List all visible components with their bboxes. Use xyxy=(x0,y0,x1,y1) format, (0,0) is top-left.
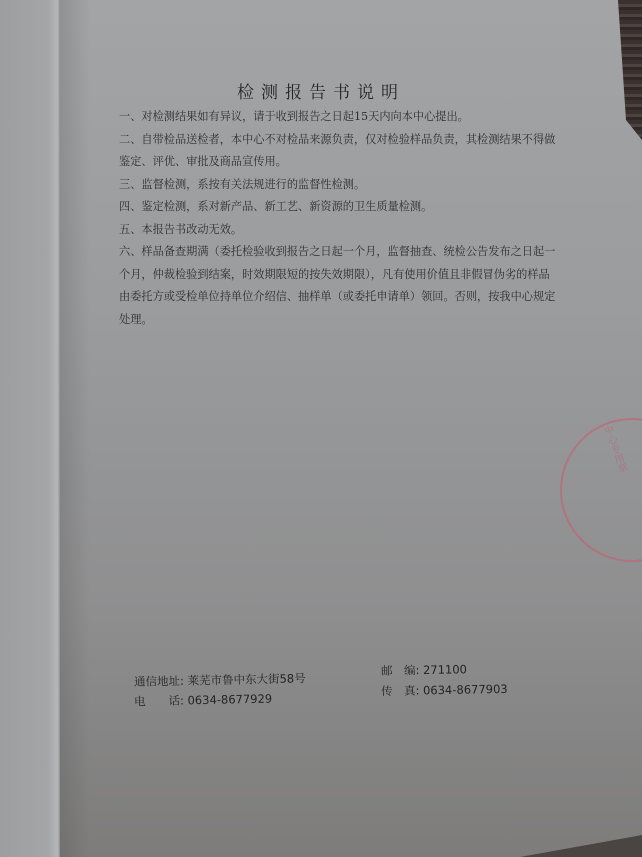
document-content: 检测报告书说明 一、对检测结果如有异议，请于收到报告之日起15天内向本中心提出。… xyxy=(0,0,642,857)
phone-label: 电 话: xyxy=(134,693,184,708)
clause-1: 一、对检测结果如有异议，请于收到报告之日起15天内向本中心提出。 xyxy=(119,106,559,129)
clause-6: 六、样品备查期满（委托检验收到报告之日起一个月，监督抽查、统检公告发布之日起一个… xyxy=(119,241,559,331)
fax-label: 传 真: xyxy=(381,683,420,698)
clause-5: 五、本报告书改动无效。 xyxy=(119,219,559,242)
address-label: 通信地址: xyxy=(134,674,184,689)
phone-value: 0634-8677929 xyxy=(187,692,272,708)
footer-address: 通信地址: 莱芜市鲁中东大街58号 xyxy=(134,670,306,690)
address-value: 莱芜市鲁中东大街58号 xyxy=(187,671,305,687)
clause-2: 二、自带检品送检者，本中心不对检品来源负责，仅对检验样品负责，其检测结果不得做鉴… xyxy=(119,129,559,174)
footer-phone: 电 话: 0634-8677929 xyxy=(134,691,272,710)
zip-value: 271100 xyxy=(423,662,467,677)
zip-label: 邮 编: xyxy=(381,663,420,678)
footer-fax: 传 真: 0634-8677903 xyxy=(381,681,508,699)
footer-zip: 邮 编: 271100 xyxy=(381,661,467,678)
clause-list: 一、对检测结果如有异议，请于收到报告之日起15天内向本中心提出。 二、自带检品送… xyxy=(119,106,559,331)
clause-4: 四、鉴定检测，系对新产品、新工艺、新资源的卫生质量检测。 xyxy=(119,196,559,219)
document-title: 检测报告书说明 xyxy=(0,78,642,103)
clause-3: 三、监督检测，系按有关法规进行的监督性检测。 xyxy=(119,174,559,197)
fax-value: 0634-8677903 xyxy=(423,682,508,697)
